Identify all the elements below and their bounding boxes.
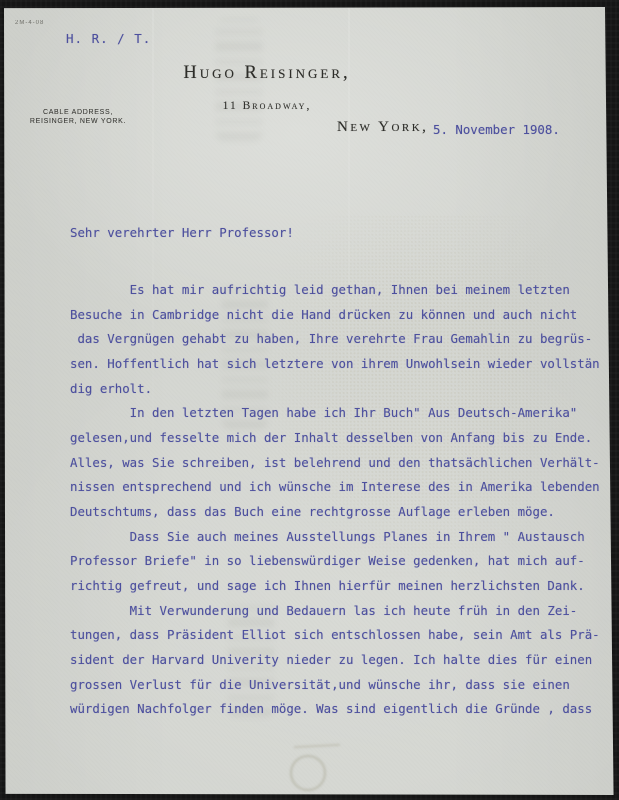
salutation: Sehr verehrter Herr Professor! <box>70 225 294 240</box>
typed-date: 5. November 1908. <box>433 122 560 137</box>
body-line: nissen entsprechend und ich wünsche im I… <box>70 475 616 500</box>
body-line: Dass Sie auch meines Ausstellungs Planes… <box>70 525 616 550</box>
body-line: Alles, was Sie schreiben, ist belehrend … <box>70 451 616 476</box>
body-line: tungen, dass Präsident Elliot sich entsc… <box>70 623 616 648</box>
letterhead-street-address: 11 Broadway, <box>223 100 312 112</box>
cable-address-line2: REISINGER, NEW YORK. <box>30 117 126 126</box>
letterhead-name: Hugo Reisinger, <box>183 63 350 84</box>
body-line: gelesen,und fesselte mich der Inhalt des… <box>70 426 616 451</box>
embossed-stamp <box>290 755 326 791</box>
body-line: In den letzten Tagen habe ich Ihr Buch" … <box>70 401 616 426</box>
body-line: Deutschtums, dass das Buch eine rechtgro… <box>70 500 616 525</box>
body-line: sident der Harvard Univerity nieder zu l… <box>70 648 616 673</box>
body-line: würdigen Nachfolger finden möge. Was sin… <box>70 697 616 722</box>
body-line: dig erholt. <box>70 377 616 402</box>
embossed-stamp-mark <box>294 744 340 754</box>
body-line: grossen Verlust für die Universität,und … <box>70 673 616 698</box>
body-line: Mit Verwunderung und Bedauern las ich he… <box>70 599 616 624</box>
letter-body: Es hat mir aufrichtig leid gethan, Ihnen… <box>70 278 616 722</box>
typist-reference: H. R. / T. <box>66 31 151 46</box>
body-line: Es hat mir aufrichtig leid gethan, Ihnen… <box>70 278 616 303</box>
body-line: richtig gefreut, und sage ich Ihnen hier… <box>70 574 616 599</box>
body-line: sen. Hoffentlich hat sich letztere von i… <box>70 352 616 377</box>
body-line: das Vergnügen gehabt zu haben, Ihre vere… <box>70 327 616 352</box>
letterhead-city: New York, <box>337 119 428 136</box>
cable-address-line1: CABLE ADDRESS, <box>30 108 126 117</box>
body-line: Besuche in Cambridge nicht die Hand drüc… <box>70 303 616 328</box>
printer-code: 2M-4-08 <box>15 20 44 26</box>
letter-paper: 2M-4-08 H. R. / T. Hugo Reisinger, 11 Br… <box>4 7 616 795</box>
scan-mount-background: 2M-4-08 H. R. / T. Hugo Reisinger, 11 Br… <box>0 0 619 800</box>
cable-address: CABLE ADDRESS, REISINGER, NEW YORK. <box>30 108 126 126</box>
body-line: Professor Briefe" in so liebenswürdiger … <box>70 549 616 574</box>
